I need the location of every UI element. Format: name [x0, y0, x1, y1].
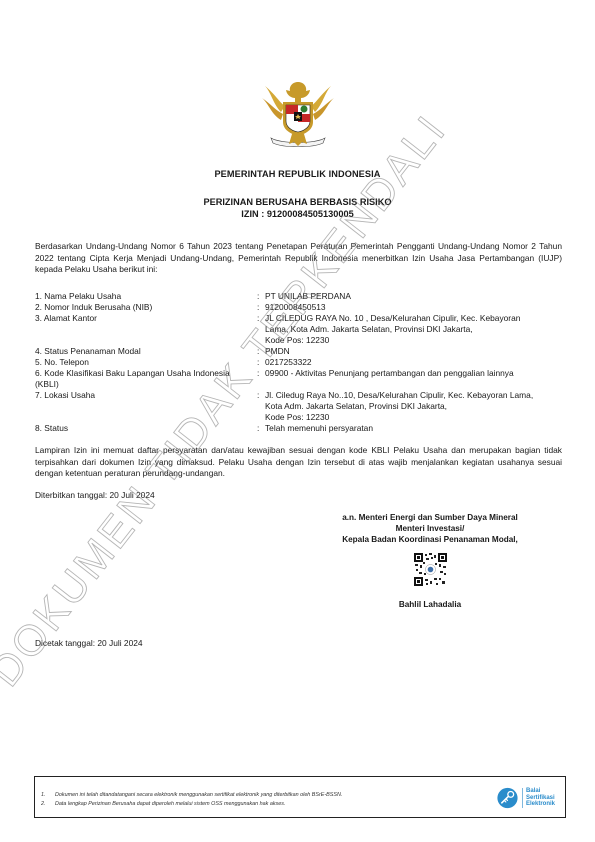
bsre-line-3: Elektronik: [526, 801, 555, 808]
field-value: JL CILEDUG RAYA No. 10 , Desa/Kelurahan …: [265, 313, 565, 346]
field-label: 3. Alamat Kantor: [35, 313, 255, 346]
bsre-wordmark: Balai Sertifikasi Elektronik: [522, 788, 555, 808]
field-value: Telah memenuhi persyaratan: [265, 423, 565, 434]
field-row: 1. Nama Pelaku Usaha:PT UNILAB PERDANA: [35, 291, 565, 302]
field-separator: :: [255, 368, 265, 390]
signatory-line-2: Menteri Investasi/: [323, 523, 537, 534]
closing-paragraph: Lampiran Izin ini memuat daftar persyara…: [35, 445, 562, 480]
field-separator: :: [255, 291, 265, 302]
bsre-key-icon: [497, 785, 518, 811]
field-row: 8. Status:Telah memenuhi persyaratan: [35, 423, 565, 434]
field-label: 8. Status: [35, 423, 255, 434]
field-value: 09900 - Aktivitas Penunjang pertambangan…: [265, 368, 565, 390]
signer-name: Bahlil Lahadalia: [323, 600, 537, 609]
field-separator: :: [255, 346, 265, 357]
field-row: 5. No. Telepon:0217253322: [35, 357, 565, 368]
bsre-line-2: Sertifikasi: [526, 795, 555, 802]
footer-note-number: 1.: [41, 791, 55, 800]
printed-date: Dicetak tanggal: 20 Juli 2024: [35, 638, 143, 648]
footer-note: 2.Data lengkap Perizinan Berusaha dapat …: [41, 800, 342, 809]
field-separator: :: [255, 390, 265, 423]
field-value: PT UNILAB PERDANA: [265, 291, 565, 302]
field-label: 1. Nama Pelaku Usaha: [35, 291, 255, 302]
field-row: 7. Lokasi Usaha:Jl. Ciledug Raya No..10,…: [35, 390, 565, 423]
document-title: PERIZINAN BERUSAHA BERBASIS RISIKO: [0, 196, 595, 208]
signatory-line-1: a.n. Menteri Energi dan Sumber Daya Mine…: [323, 512, 537, 523]
field-value: Jl. Ciledug Raya No..10, Desa/Kelurahan …: [265, 390, 565, 423]
footer-note-number: 2.: [41, 800, 55, 809]
field-row: 4. Status Penanaman Modal:PMDN: [35, 346, 565, 357]
signatory-line-3: Kepala Badan Koordinasi Penanaman Modal,: [323, 534, 537, 545]
bsre-line-1: Balai: [526, 788, 555, 795]
field-separator: :: [255, 357, 265, 368]
business-details: 1. Nama Pelaku Usaha:PT UNILAB PERDANA 2…: [35, 291, 565, 434]
field-label: 4. Status Penanaman Modal: [35, 346, 255, 357]
footer-notes: 1.Dokumen ini telah ditandatangani secar…: [41, 791, 342, 808]
field-label: 6. Kode Klasifikasi Baku Lapangan Usaha …: [35, 368, 255, 390]
field-label: 2. Nomor Induk Berusaha (NIB): [35, 302, 255, 313]
intro-paragraph: Berdasarkan Undang-Undang Nomor 6 Tahun …: [35, 241, 562, 276]
qr-code-icon: [414, 553, 447, 586]
garuda-emblem-icon: [259, 76, 337, 152]
signatory-block: a.n. Menteri Energi dan Sumber Daya Mine…: [323, 512, 537, 545]
field-row: 3. Alamat Kantor:JL CILEDUG RAYA No. 10 …: [35, 313, 565, 346]
footer-note: 1.Dokumen ini telah ditandatangani secar…: [41, 791, 342, 800]
field-row: 2. Nomor Induk Berusaha (NIB):9120008450…: [35, 302, 565, 313]
government-heading: PEMERINTAH REPUBLIK INDONESIA: [0, 169, 595, 179]
field-row: 6. Kode Klasifikasi Baku Lapangan Usaha …: [35, 368, 565, 390]
bsre-logo: Balai Sertifikasi Elektronik: [497, 782, 555, 814]
permit-document: PEMERINTAH REPUBLIK INDONESIA PERIZINAN …: [0, 0, 595, 842]
field-separator: :: [255, 313, 265, 346]
field-label: 5. No. Telepon: [35, 357, 255, 368]
field-value: PMDN: [265, 346, 565, 357]
field-separator: :: [255, 302, 265, 313]
footer-note-text: Dokumen ini telah ditandatangani secara …: [55, 792, 342, 798]
field-value: 9120008450513: [265, 302, 565, 313]
field-separator: :: [255, 423, 265, 434]
footer-box: 1.Dokumen ini telah ditandatangani secar…: [34, 776, 566, 818]
field-label: 7. Lokasi Usaha: [35, 390, 255, 423]
field-value: 0217253322: [265, 357, 565, 368]
issued-date: Diterbitkan tanggal: 20 Juli 2024: [35, 490, 155, 500]
document-title-block: PERIZINAN BERUSAHA BERBASIS RISIKO IZIN …: [0, 196, 595, 220]
footer-note-text: Data lengkap Perizinan Berusaha dapat di…: [55, 801, 285, 807]
permit-number: IZIN : 91200084505130005: [0, 208, 595, 220]
